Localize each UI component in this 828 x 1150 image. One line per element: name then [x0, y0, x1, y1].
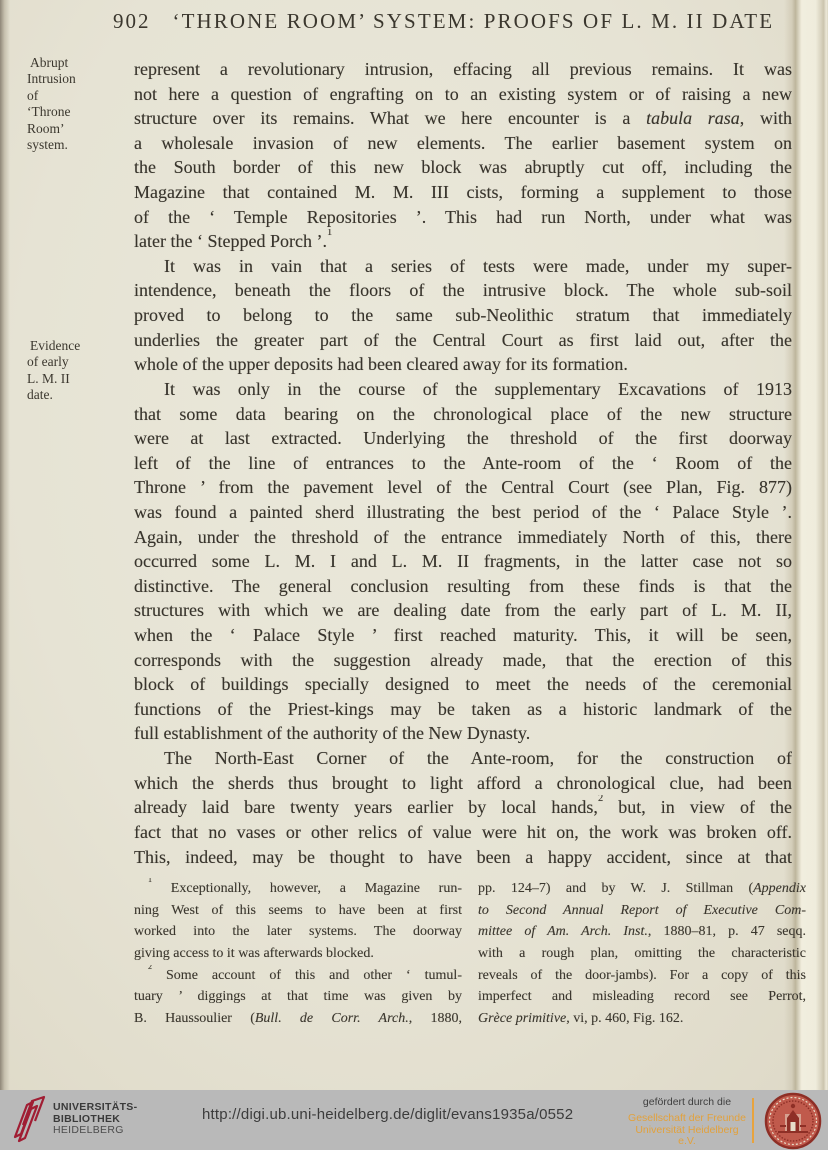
logo-line-3: HEIDELBERG [53, 1125, 137, 1137]
footnote-line: with a rough plan, omitting the characte… [478, 943, 806, 965]
footnote-line: reveals of the door-jambs). For a copy o… [478, 965, 806, 987]
body-line: block of buildings specially designed to… [134, 672, 792, 697]
footnote-line: giving access to it was afterwards block… [134, 943, 462, 965]
margin-note-line: system. [27, 137, 131, 153]
university-seal-icon [764, 1092, 822, 1150]
source-url-link[interactable]: http://digi.ub.uni-heidelberg.de/diglit/… [202, 1106, 573, 1123]
body-line: proved to belong to the same sub-Neolith… [134, 303, 792, 328]
funding-org-line-1: Gesellschaft der Freunde [626, 1113, 748, 1125]
funding-prefix: gefördert durch die [626, 1096, 748, 1108]
body-line: represent a revolutionary intrusion, eff… [134, 57, 792, 82]
book-spine-shadow [0, 0, 10, 1090]
body-line: which the sherds thus brought to light a… [134, 771, 792, 796]
margin-note-line: Abrupt [27, 55, 131, 71]
screenshot-root: 902 ‘THRONE ROOM’ SYSTEM: PROOFS OF L. M… [0, 0, 828, 1150]
footnote-line: 2 Some account of this and other ‘ tumul… [134, 965, 462, 987]
body-line: left of the line of entrances to the Ant… [134, 451, 792, 476]
funding-org-line-2: Universität Heidelberg e.V. [626, 1125, 748, 1148]
footnote-line: to Second Annual Report of Executive Com… [478, 900, 806, 922]
margin-note-line: Evidence [27, 338, 131, 354]
body-line: not here a question of engrafting on to … [134, 82, 792, 107]
footnote-column-left: 1 Exceptionally, however, a Magazine run… [134, 878, 462, 1030]
body-line: functions of the Priest-kings may be tak… [134, 697, 792, 722]
footnote-line: worked into the later systems. The doorw… [134, 921, 462, 943]
body-line: of the ‘ Temple Repositories ’. This had… [134, 205, 792, 230]
body-line: underlies the greater part of the Centra… [134, 328, 792, 353]
body-line: The North-East Corner of the Ante-room, … [134, 746, 792, 771]
body-line: structures with which we are dealing dat… [134, 598, 792, 623]
viewer-footer-bar: UNIVERSITÄTS- BIBLIOTHEK HEIDELBERG http… [0, 1090, 828, 1150]
footer-divider [752, 1098, 754, 1143]
body-line: Magazine that contained M. M. III cists,… [134, 180, 792, 205]
body-line: Again, under the threshold of the entran… [134, 525, 792, 550]
body-line: was found a painted sherd illustrating t… [134, 500, 792, 525]
book-page-scan: 902 ‘THRONE ROOM’ SYSTEM: PROOFS OF L. M… [0, 0, 828, 1090]
body-line: the South border of this new block was a… [134, 155, 792, 180]
margin-note-line: Intrusion [27, 71, 131, 87]
body-line: It was in vain that a series of tests we… [134, 254, 792, 279]
footnote-line: B. Haussoulier (Bull. de Corr. Arch., 18… [134, 1008, 462, 1030]
margin-note-line: Room’ [27, 121, 131, 137]
body-line: This, indeed, may be thought to have bee… [134, 845, 792, 870]
footnote-line: pp. 124–7) and by W. J. Stillman (Append… [478, 878, 806, 900]
page-number: 902 [113, 9, 151, 34]
body-line: fact that no vases or other relics of va… [134, 820, 792, 845]
funding-credit: gefördert durch die Gesellschaft der Fre… [626, 1096, 748, 1148]
footnote-line: Grèce primitive, vi, p. 460, Fig. 162. [478, 1008, 806, 1030]
body-text: represent a revolutionary intrusion, eff… [134, 57, 792, 869]
body-line: Throne ’ from the pavement level of the … [134, 475, 792, 500]
body-line: whole of the upper deposits had been cle… [134, 352, 792, 377]
body-line: structure over its remains. What we here… [134, 106, 792, 131]
margin-note-line: ‘Throne [27, 104, 131, 120]
body-line: a wholesale invasion of new elements. Th… [134, 131, 792, 156]
body-line: It was only in the course of the supplem… [134, 377, 792, 402]
footnote-line: imperfect and misleading record see Perr… [478, 986, 806, 1008]
running-title: ‘THRONE ROOM’ SYSTEM: PROOFS OF L. M. II… [173, 9, 792, 34]
margin-note-abrupt-intrusion: AbruptIntrusionof‘ThroneRoom’system. [27, 55, 131, 153]
body-line: corresponds with the suggestion already … [134, 648, 792, 673]
body-line: distinctive. The general conclusion resu… [134, 574, 792, 599]
page-header: 902 ‘THRONE ROOM’ SYSTEM: PROOFS OF L. M… [113, 9, 791, 34]
library-logo-text: UNIVERSITÄTS- BIBLIOTHEK HEIDELBERG [53, 1102, 137, 1137]
margin-note-line: of early [27, 354, 131, 370]
margin-note-line: L. M. II [27, 371, 131, 387]
footnote-line: ning West of this seems to have been at … [134, 900, 462, 922]
margin-note-evidence-date: Evidenceof earlyL. M. IIdate. [27, 338, 131, 404]
body-line: were at last extracted. Underlying the t… [134, 426, 792, 451]
footnote-column-right: pp. 124–7) and by W. J. Stillman (Append… [478, 878, 806, 1030]
body-line: already laid bare twenty years earlier b… [134, 795, 792, 820]
body-line: when the ‘ Palace Style ’ first reached … [134, 623, 792, 648]
body-line: occurred some L. M. I and L. M. II fragm… [134, 549, 792, 574]
footnote-line: mittee of Am. Arch. Inst., 1880–81, p. 4… [478, 921, 806, 943]
body-line: later the ‘ Stepped Porch ’.1 [134, 229, 792, 254]
logo-line-1: UNIVERSITÄTS- [53, 1102, 137, 1114]
body-line: that some data bearing on the chronologi… [134, 402, 792, 427]
body-line: intendence, beneath the floors of the in… [134, 278, 792, 303]
margin-note-line: of [27, 88, 131, 104]
body-line: full establishment of the authority of t… [134, 721, 792, 746]
margin-note-line: date. [27, 387, 131, 403]
footnotes: 1 Exceptionally, however, a Magazine run… [134, 878, 806, 1030]
footnote-line: tuary ’ diggings at that time was given … [134, 986, 462, 1008]
footnote-line: 1 Exceptionally, however, a Magazine run… [134, 878, 462, 900]
library-books-icon [11, 1095, 51, 1145]
